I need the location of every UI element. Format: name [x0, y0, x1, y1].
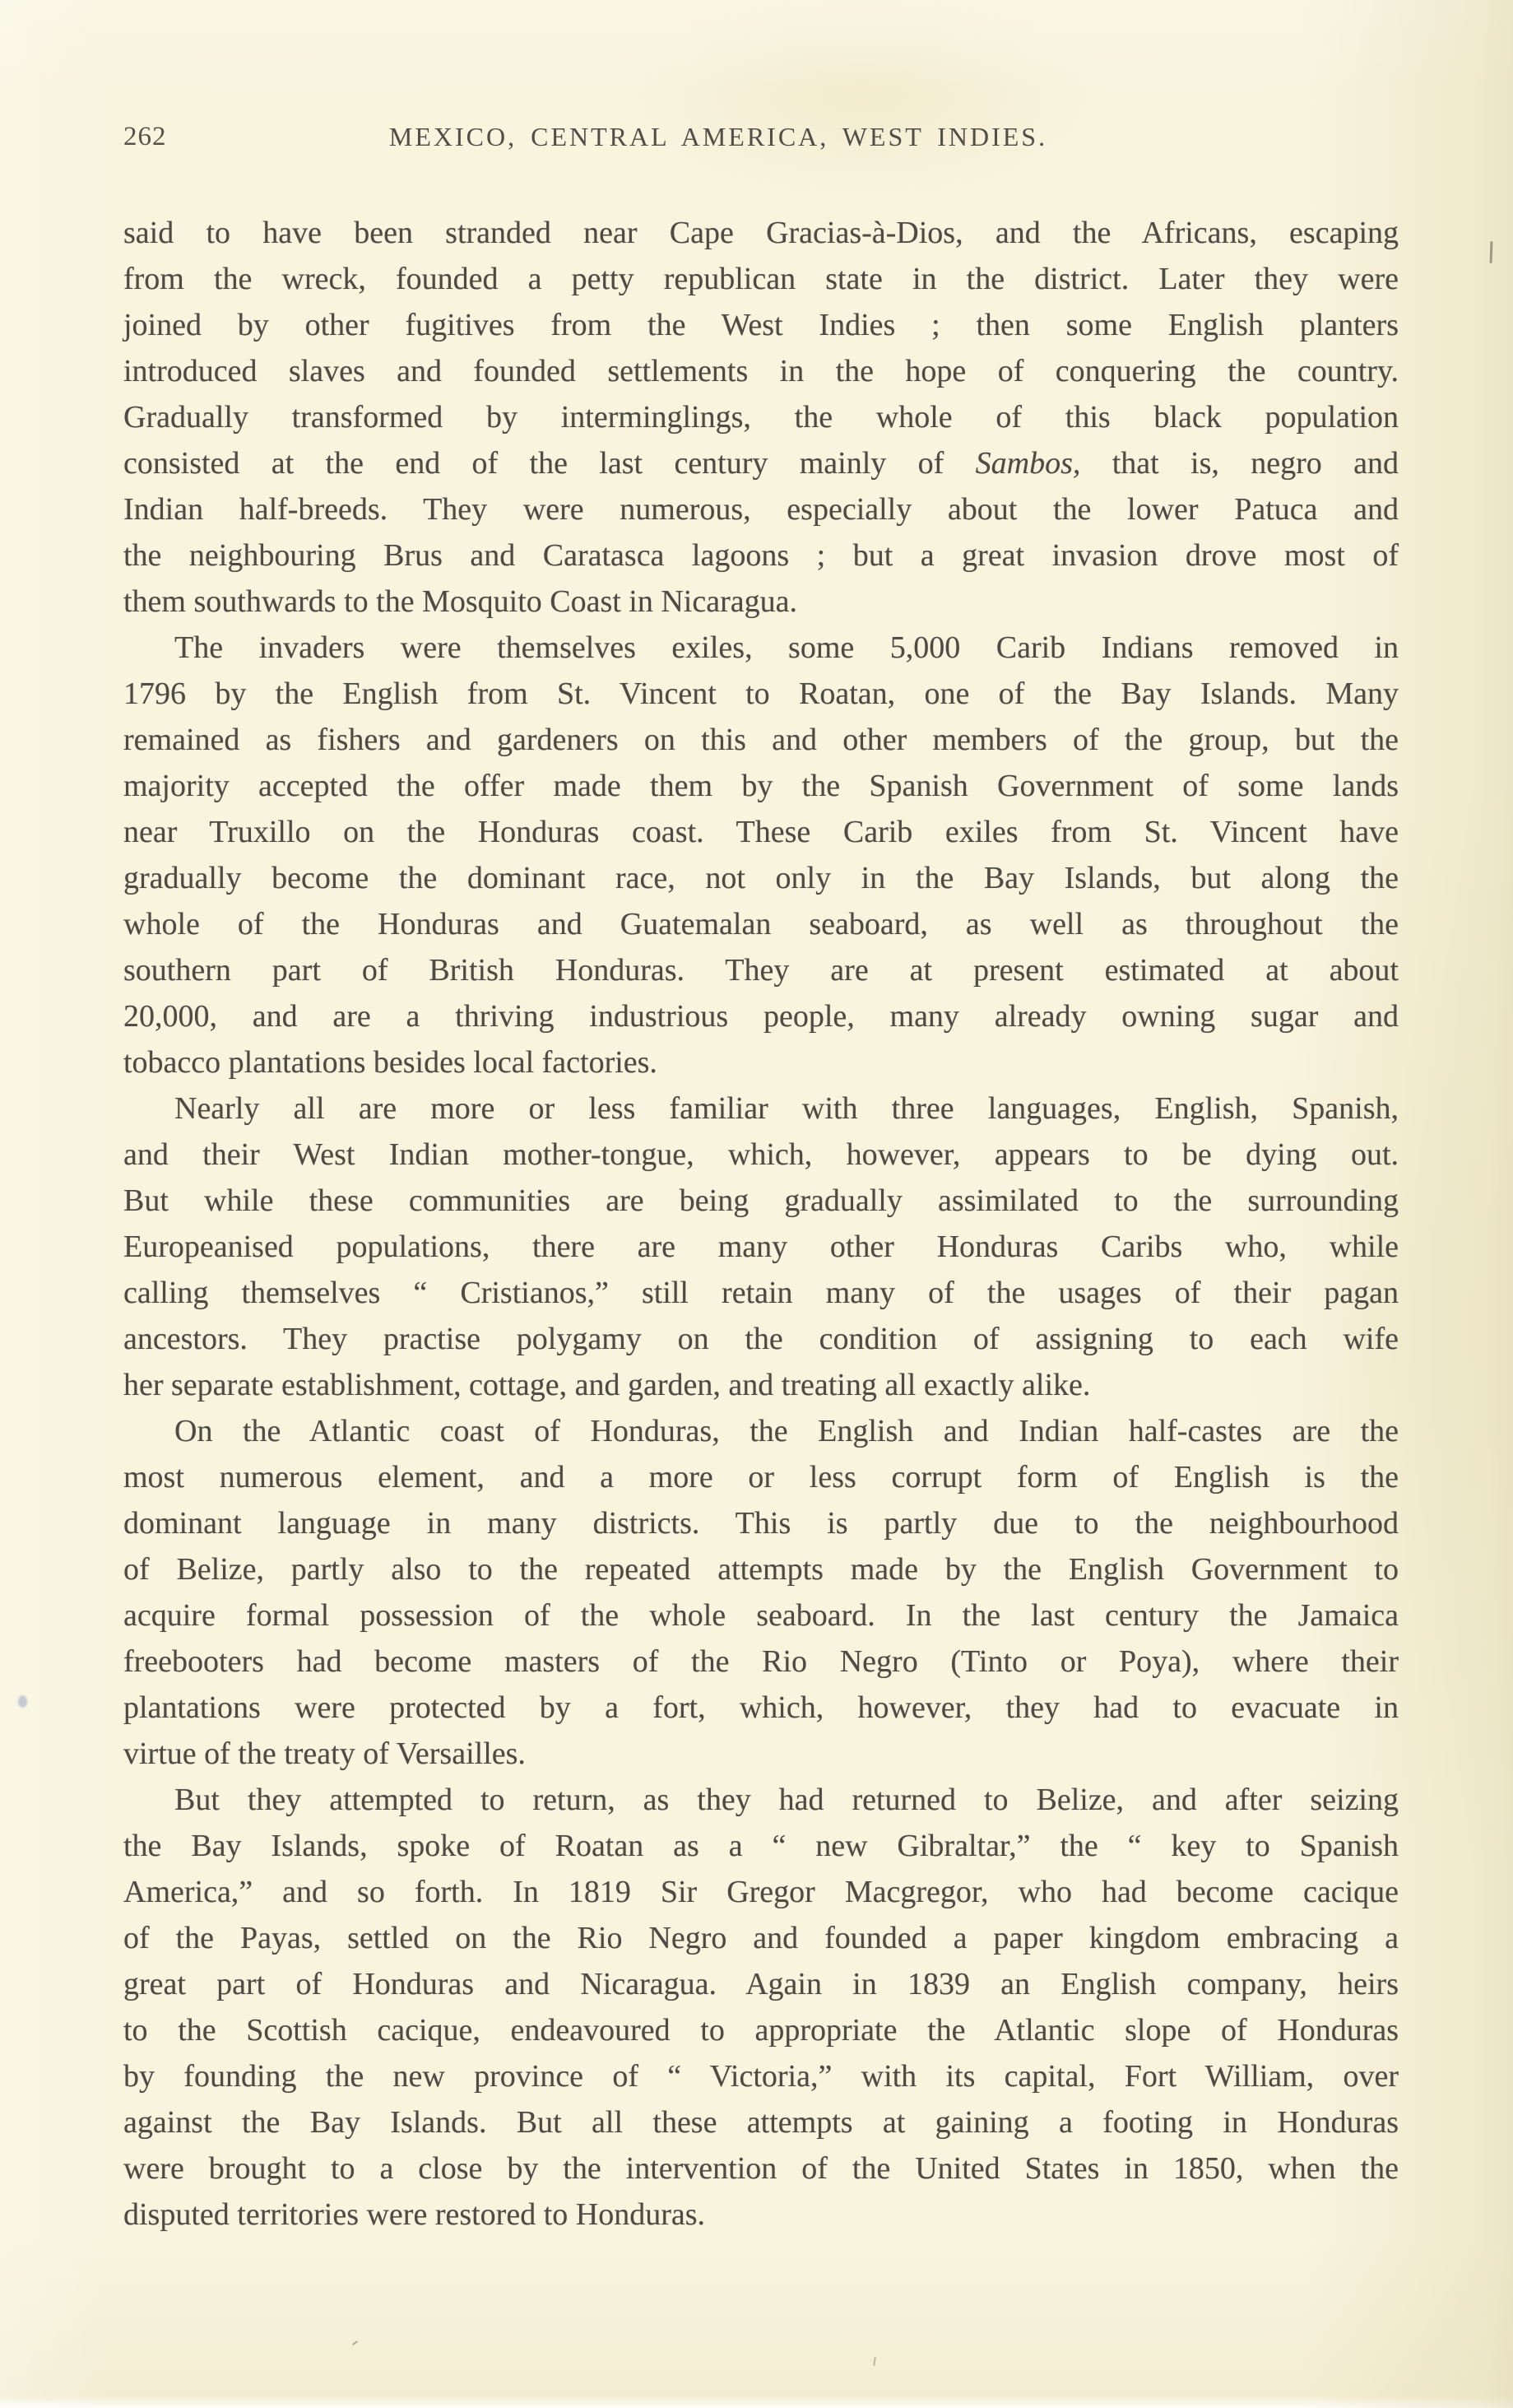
text-line: the neighbouring Brus and Caratasca lago… — [123, 532, 1399, 579]
text-line: southern part of British Honduras. They … — [123, 947, 1399, 993]
text-line: her separate establishment, cottage, and… — [123, 1362, 1399, 1408]
text-line: great part of Honduras and Nicaragua. Ag… — [123, 1961, 1399, 2007]
text-line: to the Scottish cacique, endeavoured to … — [123, 2007, 1399, 2053]
text-line: The invaders were themselves exiles, som… — [123, 625, 1399, 671]
scan-speck-blue — [18, 1695, 27, 1708]
text-line: whole of the Honduras and Guatemalan sea… — [123, 901, 1399, 947]
book-page: 262 MEXICO, CENTRAL AMERICA, WEST INDIES… — [0, 0, 1513, 2408]
text-line: joined by other fugitives from the West … — [123, 302, 1399, 348]
text-line: dominant language in many districts. Thi… — [123, 1500, 1399, 1546]
text-line: 1796 by the English from St. Vincent to … — [123, 671, 1399, 717]
paragraph: said to have been stranded near Cape Gra… — [123, 210, 1399, 625]
text-line: Indian half-breeds. They were numerous, … — [123, 486, 1399, 532]
text-body: said to have been stranded near Cape Gra… — [123, 210, 1399, 2238]
text-line: gradually become the dominant race, not … — [123, 855, 1399, 901]
text-line: remained as fishers and gardeners on thi… — [123, 717, 1399, 763]
text-line: But while these communities are being gr… — [123, 1178, 1399, 1224]
text-line: On the Atlantic coast of Honduras, the E… — [123, 1408, 1399, 1454]
text-line: them southwards to the Mosquito Coast in… — [123, 579, 1399, 625]
text-line: calling themselves “ Cristianos,” still … — [123, 1270, 1399, 1316]
text-line: 20,000, and are a thriving industrious p… — [123, 993, 1399, 1039]
scan-speck — [873, 2357, 876, 2366]
text-line: consisted at the end of the last century… — [123, 440, 1399, 486]
text-line: most numerous element, and a more or les… — [123, 1454, 1399, 1500]
paragraph: Nearly all are more or less familiar wit… — [123, 1085, 1399, 1408]
text-line: virtue of the treaty of Versailles. — [123, 1731, 1399, 1777]
text-line: the Bay Islands, spoke of Roatan as a “ … — [123, 1823, 1399, 1869]
text-line: Europeanised populations, there are many… — [123, 1224, 1399, 1270]
text-line: tobacco plantations besides local factor… — [123, 1039, 1399, 1085]
text-line: from the wreck, founded a petty republic… — [123, 256, 1399, 302]
text-line: were brought to a close by the intervent… — [123, 2145, 1399, 2192]
text-line: Nearly all are more or less familiar wit… — [123, 1085, 1399, 1132]
text-line: freebooters had become masters of the Ri… — [123, 1639, 1399, 1685]
text-line: against the Bay Islands. But all these a… — [123, 2099, 1399, 2145]
scan-speck — [352, 2341, 358, 2345]
text-line: majority accepted the offer made them by… — [123, 763, 1399, 809]
text-line: America,” and so forth. In 1819 Sir Greg… — [123, 1869, 1399, 1915]
text-line: plantations were protected by a fort, wh… — [123, 1685, 1399, 1731]
text-line: and their West Indian mother-tongue, whi… — [123, 1132, 1399, 1178]
margin-stray-mark — [1490, 241, 1493, 263]
text-line: of Belize, partly also to the repeated a… — [123, 1546, 1399, 1592]
paragraph: The invaders were themselves exiles, som… — [123, 625, 1399, 1085]
text-line: ancestors. They practise polygamy on the… — [123, 1316, 1399, 1362]
text-line: by founding the new province of “ Victor… — [123, 2053, 1399, 2099]
text-line: said to have been stranded near Cape Gra… — [123, 210, 1399, 256]
paragraph: But they attempted to return, as they ha… — [123, 1777, 1399, 2238]
text-line: acquire formal possession of the whole s… — [123, 1592, 1399, 1639]
text-line: introduced slaves and founded settlement… — [123, 348, 1399, 394]
page-header: 262 MEXICO, CENTRAL AMERICA, WEST INDIES… — [123, 122, 1399, 160]
text-line: Gradually transformed by interminglings,… — [123, 394, 1399, 440]
text-line: of the Payas, settled on the Rio Negro a… — [123, 1915, 1399, 1961]
paragraph: On the Atlantic coast of Honduras, the E… — [123, 1408, 1399, 1777]
text-line: But they attempted to return, as they ha… — [123, 1777, 1399, 1823]
text-line: disputed territories were restored to Ho… — [123, 2192, 1399, 2238]
text-line: near Truxillo on the Honduras coast. The… — [123, 809, 1399, 855]
running-head-title: MEXICO, CENTRAL AMERICA, WEST INDIES. — [81, 122, 1356, 152]
